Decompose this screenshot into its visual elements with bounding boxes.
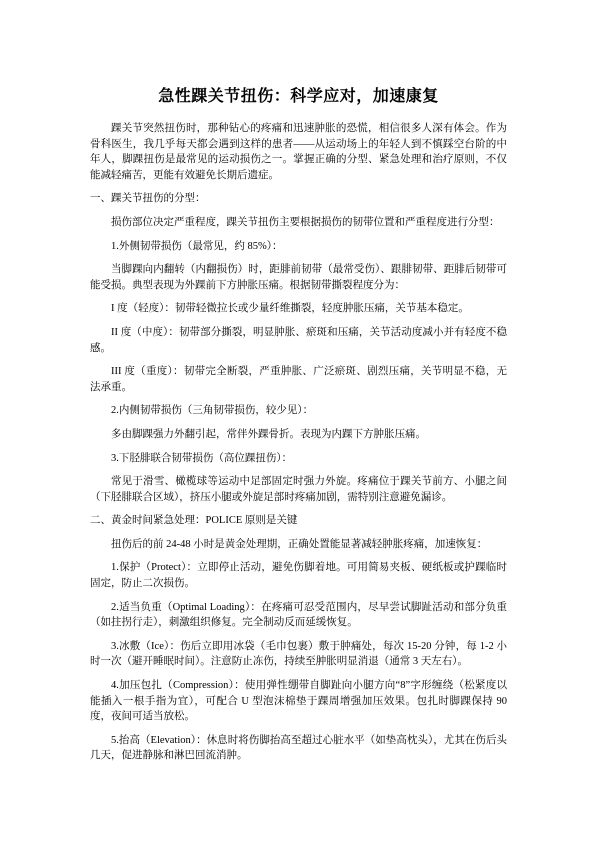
item-syndesmosis-body: 常见于滑雪、橄榄球等运动中足部固定时强力外旋。疼痛位于踝关节前方、小腿之间（下胫…	[90, 474, 507, 505]
police-elevation-paragraph: 5.抬高（Elevation）：休息时将伤脚抬高至超过心脏水平（如垫高枕头），尤…	[90, 733, 507, 764]
intro-paragraph: 踝关节突然扭伤时，那种钻心的疼痛和迅速肿胀的恐慌，相信很多人深有体会。作为骨科医…	[90, 121, 507, 183]
police-intro: 扭伤后的前 24-48 小时是黄金处理期，正确处置能显著减轻肿胀疼痛，加速恢复：	[90, 537, 507, 553]
police-compression-paragraph: 4.加压包扎（Compression）：使用弹性绷带自脚趾向小腿方向“8”字形缠…	[90, 678, 507, 725]
item-lateral-ligament-body: 当脚踝向内翻转（内翻损伤）时，距腓前韧带（最常受伤）、跟腓韧带、距腓后韧带可能受…	[90, 262, 507, 293]
document-title: 急性踝关节扭伤：科学应对，加速康复	[90, 86, 507, 108]
item-lateral-ligament-title: 1.外侧韧带损伤（最常见，约 85%）：	[90, 239, 507, 255]
section-heading-classification: 一、踝关节扭伤的分型：	[90, 191, 507, 207]
document-page: 急性踝关节扭伤：科学应对，加速康复 踝关节突然扭伤时，那种钻心的疼痛和迅速肿胀的…	[0, 0, 595, 841]
police-ice-paragraph: 3.冰敷（Ice）：伤后立即用冰袋（毛巾包裹）敷于肿痛处，每次 15-20 分钟…	[90, 639, 507, 670]
grade-3-paragraph: III 度（重度）：韧带完全断裂，严重肿胀、广泛瘀斑、剧烈压痛，关节明显不稳，无…	[90, 364, 507, 395]
item-medial-ligament-body: 多由脚踝强力外翻引起，常伴外踝骨折。表现为内踝下方肿胀压痛。	[90, 427, 507, 443]
item-syndesmosis-title: 3.下胫腓联合韧带损伤（高位踝扭伤）：	[90, 451, 507, 467]
grade-1-paragraph: I 度（轻度）：韧带轻微拉长或少量纤维撕裂，轻度肿胀压痛，关节基本稳定。	[90, 301, 507, 317]
police-optimal-loading-paragraph: 2.适当负重（Optimal Loading）：在疼痛可忍受范围内，尽早尝试脚趾…	[90, 600, 507, 631]
grade-2-paragraph: II 度（中度）：韧带部分撕裂，明显肿胀、瘀斑和压痛，关节活动度减小并有轻度不稳…	[90, 325, 507, 356]
section-heading-police: 二、黄金时间紧急处理：POLICE 原则是关键	[90, 513, 507, 529]
classification-intro: 损伤部位决定严重程度，踝关节扭伤主要根据损伤的韧带位置和严重程度进行分型：	[90, 215, 507, 231]
police-protect-paragraph: 1.保护（Protect）：立即停止活动，避免伤脚着地。可用简易夹板、硬纸板或护…	[90, 560, 507, 591]
item-medial-ligament-title: 2.内侧韧带损伤（三角韧带损伤，较少见）：	[90, 403, 507, 419]
